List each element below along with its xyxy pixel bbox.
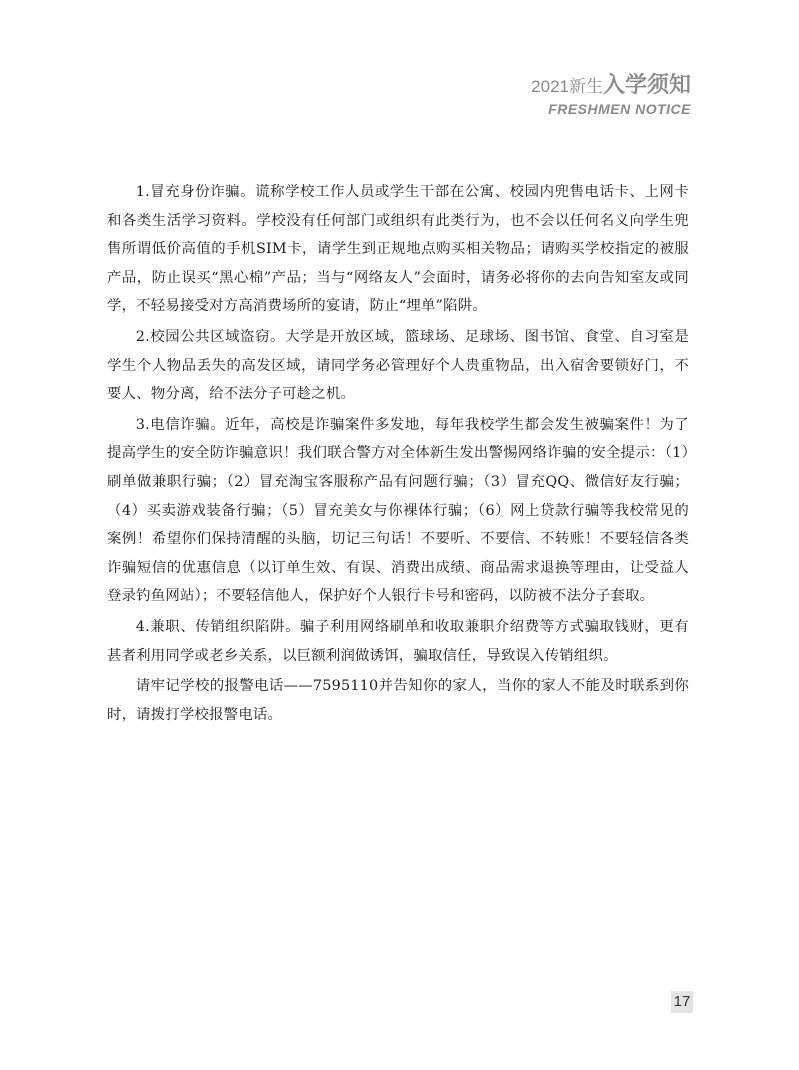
- header-year: 2021新生: [531, 77, 603, 96]
- paragraph-campus-theft: 2.校园公共区域盗窃。大学是开放区域，篮球场、足球场、图书馆、食堂、自习室是学生…: [107, 323, 689, 409]
- paragraph-identity-fraud: 1.冒充身份诈骗。谎称学校工作人员或学生干部在公寓、校园内兜售电话卡、上网卡和各…: [107, 178, 689, 321]
- paragraph-parttime-mlm-trap: 4.兼职、传销组织陷阱。骗子利用网络刷单和收取兼职介绍费等方式骗取钱财，更有甚者…: [107, 613, 689, 670]
- header-subtitle: FRESHMEN NOTICE: [531, 100, 691, 118]
- page-header: 2021新生入学须知 FRESHMEN NOTICE: [531, 74, 691, 118]
- paragraph-telecom-fraud: 3.电信诈骗。近年，高校是诈骗案件多发地，每年我校学生都会发生被骗案件！为了提高…: [107, 411, 689, 611]
- header-title-line: 2021新生入学须知: [531, 74, 691, 98]
- document-body: 1.冒充身份诈骗。谎称学校工作人员或学生干部在公寓、校园内兜售电话卡、上网卡和各…: [107, 178, 689, 731]
- paragraph-emergency-phone: 请牢记学校的报警电话——7595110并告知你的家人，当你的家人不能及时联系到你…: [107, 672, 689, 729]
- header-title: 入学须知: [603, 72, 691, 97]
- page-number: 17: [671, 991, 693, 1013]
